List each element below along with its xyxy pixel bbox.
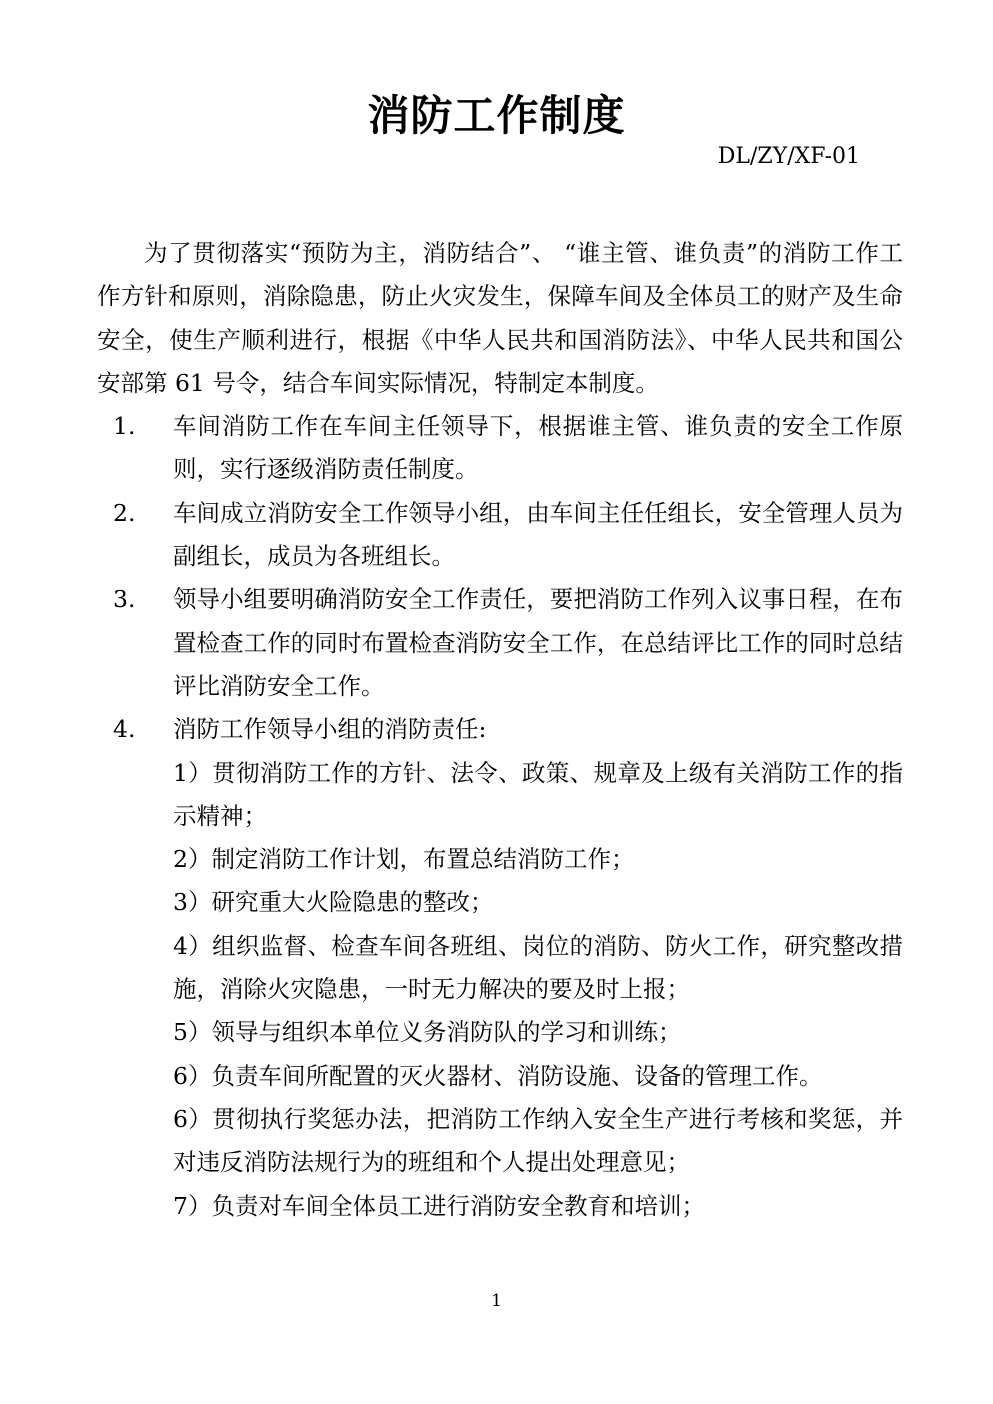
list-item-3-number: 3. xyxy=(113,578,135,621)
list-item-3: 3. 领导小组要明确消防安全工作责任，要把消防工作列入议事日程，在布置检查工作的… xyxy=(97,578,903,708)
list-item-4-text: 消防工作领导小组的消防责任: xyxy=(173,715,486,743)
list-item-2: 2. 车间成立消防安全工作领导小组，由车间主任任组长，安全管理人员为副组长，成员… xyxy=(97,492,903,579)
sub-item-5: 5）领导与组织本单位义务消防队的学习和训练； xyxy=(97,1011,903,1054)
list-item-2-text: 车间成立消防安全工作领导小组，由车间主任任组长，安全管理人员为副组长，成员为各班… xyxy=(173,499,903,570)
list-item-2-number: 2. xyxy=(113,492,135,535)
list-item-1-number: 1. xyxy=(113,405,135,448)
list-item-1-text: 车间消防工作在车间主任领导下，根据谁主管、谁负责的安全工作原则，实行逐级消防责任… xyxy=(173,412,903,483)
sub-item-1: 1）贯彻消防工作的方针、法令、政策、规章及上级有关消防工作的指示精神； xyxy=(97,752,903,839)
document-code: DL/ZY/XF-01 xyxy=(0,144,993,170)
list-item-3-text: 领导小组要明确消防安全工作责任，要把消防工作列入议事日程，在布置检查工作的同时布… xyxy=(173,585,903,700)
list-item-4: 4. 消防工作领导小组的消防责任: xyxy=(97,708,903,751)
sub-item-6b: 6）贯彻执行奖惩办法，把消防工作纳入安全生产进行考核和奖惩，并对违反消防法规行为… xyxy=(97,1098,903,1185)
document-body: 为了贯彻落实“预防为主，消防结合”、 “谁主管、谁负责”的消防工作工作方针和原则… xyxy=(0,232,993,1228)
page-number: 1 xyxy=(0,1290,993,1312)
list-item-1: 1. 车间消防工作在车间主任领导下，根据谁主管、谁负责的安全工作原则，实行逐级消… xyxy=(97,405,903,492)
sub-item-3: 3）研究重大火险隐患的整改； xyxy=(97,881,903,924)
list-item-4-number: 4. xyxy=(113,708,135,751)
sub-item-4: 4）组织监督、检查车间各班组、岗位的消防、防火工作，研究整改措施，消除火灾隐患，… xyxy=(97,925,903,1012)
intro-paragraph: 为了贯彻落实“预防为主，消防结合”、 “谁主管、谁负责”的消防工作工作方针和原则… xyxy=(97,232,903,405)
sub-item-7: 7）负责对车间全体员工进行消防安全教育和培训； xyxy=(97,1185,903,1228)
page-title: 消防工作制度 xyxy=(0,0,993,140)
sub-item-2: 2）制定消防工作计划，布置总结消防工作； xyxy=(97,838,903,881)
document-page: 消防工作制度 DL/ZY/XF-01 为了贯彻落实“预防为主，消防结合”、 “谁… xyxy=(0,0,993,1404)
sub-item-6: 6）负责车间所配置的灭火器材、消防设施、设备的管理工作。 xyxy=(97,1055,903,1098)
